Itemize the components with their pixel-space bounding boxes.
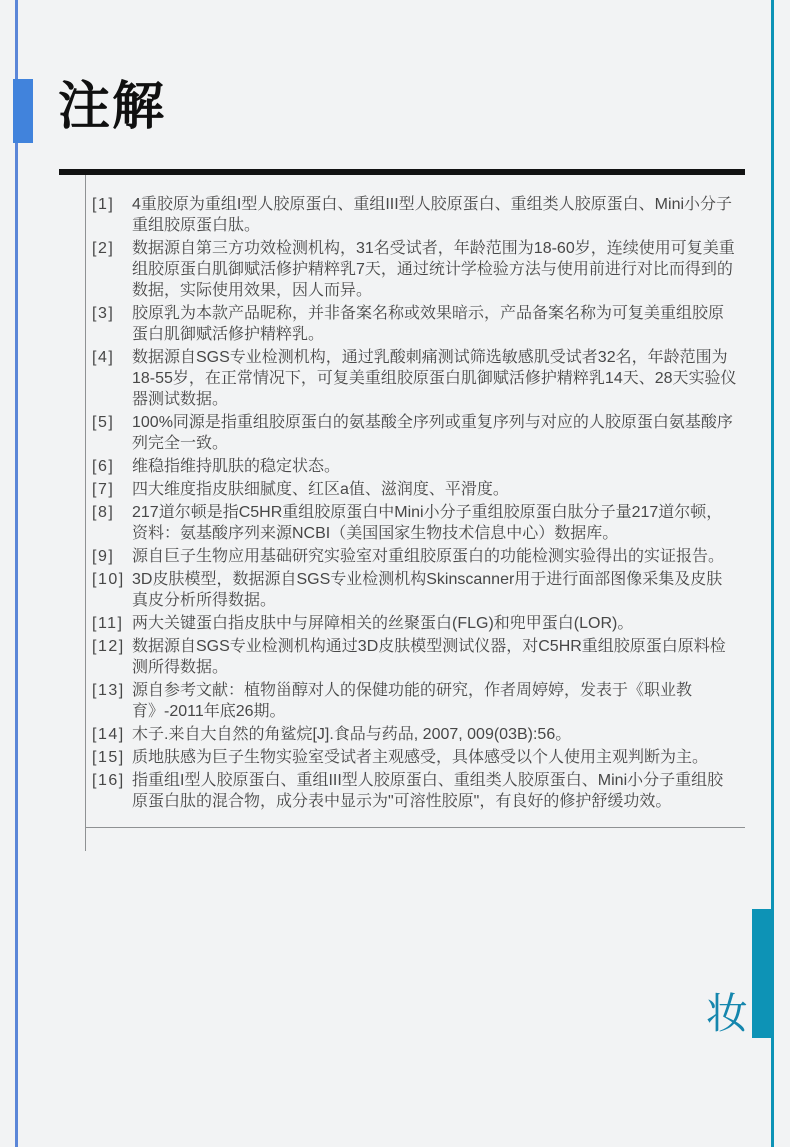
footnote-label: [10] [92,569,126,611]
footer-accent-block [752,909,772,1038]
footnote-text: 数据源自SGS专业检测机构通过3D皮肤模型测试仪器，对C5HR重组胶原蛋白原料检… [132,636,738,678]
footnote-item: [8]217道尔顿是指C5HR重组胶原蛋白中Mini小分子重组胶原蛋白肽分子量2… [92,502,742,544]
footnote-label: [11] [92,613,126,634]
footnote-list: [1]4重胶原为重组I型人胶原蛋白、重组III型人胶原蛋白、重组类人胶原蛋白、M… [92,194,742,814]
footnote-text: 木子.来自大自然的角鲨烷[J].食品与药品, 2007, 009(03B):56… [132,724,738,745]
title-divider [59,169,745,175]
footnote-item: [10]3D皮肤模型，数据源自SGS专业检测机构Skinscanner用于进行面… [92,569,742,611]
page-title: 注解 [58,78,166,138]
footnote-item: [3]胶原乳为本款产品昵称，并非备案名称或效果暗示，产品备案名称为可复美重组胶原… [92,303,742,345]
footnote-text: 217道尔顿是指C5HR重组胶原蛋白中Mini小分子重组胶原蛋白肽分子量217道… [132,502,738,544]
footnote-text: 3D皮肤模型，数据源自SGS专业检测机构Skinscanner用于进行面部图像采… [132,569,738,611]
footnote-label: [5] [92,412,126,454]
left-edge-accent-line [15,0,18,1147]
footnote-label: [2] [92,238,126,301]
footnote-label: [8] [92,502,126,544]
footnote-text: 源自参考文献：植物甾醇对人的保健功能的研究，作者周婷婷，发表于《职业教育》-20… [132,680,738,722]
footnote-item: [4]数据源自SGS专业检测机构，通过乳酸刺痛测试筛选敏感肌受试者32名，年龄范… [92,347,742,410]
footnote-item: [5]100%同源是指重组胶原蛋白的氨基酸全序列或重复序列与对应的人胶原蛋白氨基… [92,412,742,454]
footnote-item: [12]数据源自SGS专业检测机构通过3D皮肤模型测试仪器，对C5HR重组胶原蛋… [92,636,742,678]
content-bottom-rule [86,827,745,828]
footnote-label: [16] [92,770,126,812]
footnote-item: [7]四大维度指皮肤细腻度、红区a值、滋润度、平滑度。 [92,479,742,500]
footnote-text: 数据源自第三方功效检测机构，31名受试者，年龄范围为18-60岁，连续使用可复美… [132,238,738,301]
footnote-text: 4重胶原为重组I型人胶原蛋白、重组III型人胶原蛋白、重组类人胶原蛋白、Mini… [132,194,738,236]
footnote-label: [6] [92,456,126,477]
footnote-text: 100%同源是指重组胶原蛋白的氨基酸全序列或重复序列与对应的人胶原蛋白氨基酸序列… [132,412,738,454]
footnote-item: [13]源自参考文献：植物甾醇对人的保健功能的研究，作者周婷婷，发表于《职业教育… [92,680,742,722]
title-accent-bar [13,79,33,143]
footnote-item: [14]木子.来自大自然的角鲨烷[J].食品与药品, 2007, 009(03B… [92,724,742,745]
footnote-text: 源自巨子生物应用基础研究实验室对重组胶原蛋白的功能检测实验得出的实证报告。 [132,546,738,567]
footnote-item: [15]质地肤感为巨子生物实验室受试者主观感受，具体感受以个人使用主观判断为主。 [92,747,742,768]
footnote-label: [1] [92,194,126,236]
footnote-label: [14] [92,724,126,745]
footnote-item: [2]数据源自第三方功效检测机构，31名受试者，年龄范围为18-60岁，连续使用… [92,238,742,301]
footnote-text: 两大关键蛋白指皮肤中与屏障相关的丝聚蛋白(FLG)和兜甲蛋白(LOR)。 [132,613,738,634]
footnote-text: 指重组I型人胶原蛋白、重组III型人胶原蛋白、重组类人胶原蛋白、Mini小分子重… [132,770,738,812]
footnote-label: [7] [92,479,126,500]
footnote-item: [16]指重组I型人胶原蛋白、重组III型人胶原蛋白、重组类人胶原蛋白、Mini… [92,770,742,812]
watermark-character: 妆 [706,993,748,1035]
footnote-label: [12] [92,636,126,678]
footnote-text: 胶原乳为本款产品昵称，并非备案名称或效果暗示，产品备案名称为可复美重组胶原蛋白肌… [132,303,738,345]
footnote-text: 维稳指维持肌肤的稳定状态。 [132,456,738,477]
footnote-item: [1]4重胶原为重组I型人胶原蛋白、重组III型人胶原蛋白、重组类人胶原蛋白、M… [92,194,742,236]
footnote-item: [6]维稳指维持肌肤的稳定状态。 [92,456,742,477]
footnote-label: [9] [92,546,126,567]
footnote-label: [13] [92,680,126,722]
footnote-text: 四大维度指皮肤细腻度、红区a值、滋润度、平滑度。 [132,479,738,500]
footnote-label: [4] [92,347,126,410]
footnote-item: [11]两大关键蛋白指皮肤中与屏障相关的丝聚蛋白(FLG)和兜甲蛋白(LOR)。 [92,613,742,634]
content-left-rule [85,175,86,851]
footnote-item: [9]源自巨子生物应用基础研究实验室对重组胶原蛋白的功能检测实验得出的实证报告。 [92,546,742,567]
footnote-text: 数据源自SGS专业检测机构，通过乳酸刺痛测试筛选敏感肌受试者32名，年龄范围为1… [132,347,738,410]
footnote-label: [15] [92,747,126,768]
footnote-label: [3] [92,303,126,345]
footnote-text: 质地肤感为巨子生物实验室受试者主观感受，具体感受以个人使用主观判断为主。 [132,747,738,768]
